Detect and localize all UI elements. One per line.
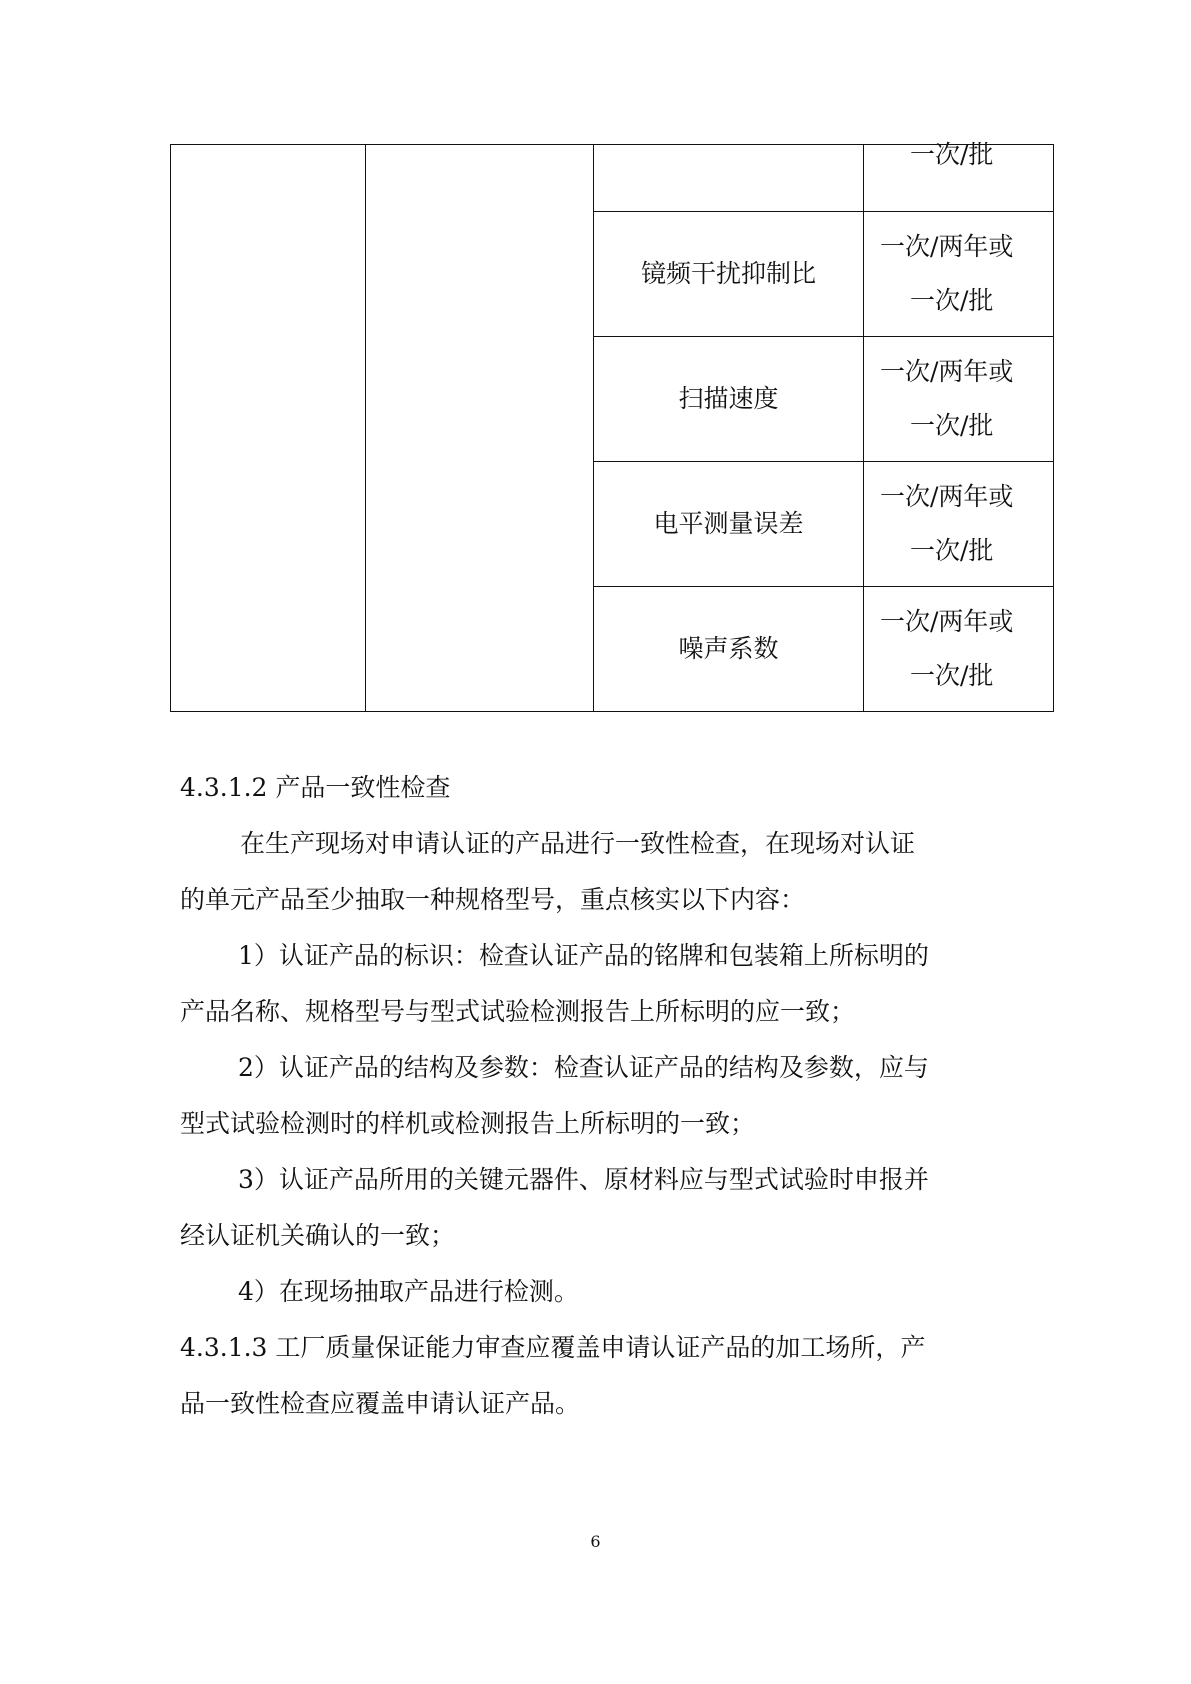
table-cell-frequency: 一次/两年或 一次/批 xyxy=(864,337,1054,462)
table-cell-item: 噪声系数 xyxy=(594,587,864,712)
list-item-1-line1: 1）认证产品的标识：检查认证产品的铭牌和包装箱上所标明的 xyxy=(180,928,1020,984)
paragraph-line: 在生产现场对申请认证的产品进行一致性检查，在现场对认证 xyxy=(180,816,1020,872)
list-item-4: 4）在现场抽取产品进行检测。 xyxy=(180,1264,1020,1320)
table-cell-item: 镜频干扰抑制比 xyxy=(594,212,864,337)
section-4313-line2: 品一致性检查应覆盖申请认证产品。 xyxy=(180,1376,1020,1432)
table-cell-item xyxy=(594,145,864,212)
section-4313-line1: 4.3.1.3 工厂质量保证能力审查应覆盖申请认证产品的加工场所，产 xyxy=(180,1320,1020,1376)
table-cell-frequency: 一次/两年或 一次/批 xyxy=(864,587,1054,712)
table-cell-merged-col1 xyxy=(171,145,366,712)
table-cell-frequency: 一次/两年或 一次/批 xyxy=(864,462,1054,587)
list-item-3-line1: 3）认证产品所用的关键元器件、原材料应与型式试验时申报并 xyxy=(180,1152,1020,1208)
section-heading: 4.3.1.2 产品一致性检查 xyxy=(180,760,1020,816)
list-item-2-line2: 型式试验检测时的样机或检测报告上所标明的一致； xyxy=(180,1096,1020,1152)
table-cell-item: 电平测量误差 xyxy=(594,462,864,587)
list-item-2-line1: 2）认证产品的结构及参数：检查认证产品的结构及参数，应与 xyxy=(180,1040,1020,1096)
test-frequency-table: 一次/批 镜频干扰抑制比 一次/两年或 一次/批 扫描速度 一次/两年或 一次/… xyxy=(170,144,1054,712)
page-number: 6 xyxy=(0,1532,1191,1551)
list-item-3-line2: 经认证机关确认的一致； xyxy=(180,1208,1020,1264)
table-cell-frequency: 一次/批 xyxy=(864,145,1054,212)
document-page: 一次/批 镜频干扰抑制比 一次/两年或 一次/批 扫描速度 一次/两年或 一次/… xyxy=(0,0,1191,1684)
table-cell-merged-col2 xyxy=(366,145,594,712)
section-4312: 4.3.1.2 产品一致性检查 在生产现场对申请认证的产品进行一致性检查，在现场… xyxy=(180,760,1020,1432)
table-cell-item: 扫描速度 xyxy=(594,337,864,462)
list-item-1-line2: 产品名称、规格型号与型式试验检测报告上所标明的应一致； xyxy=(180,984,1020,1040)
table-cell-frequency: 一次/两年或 一次/批 xyxy=(864,212,1054,337)
paragraph-line: 的单元产品至少抽取一种规格型号，重点核实以下内容： xyxy=(180,872,1020,928)
table-row: 一次/批 xyxy=(171,145,1054,212)
